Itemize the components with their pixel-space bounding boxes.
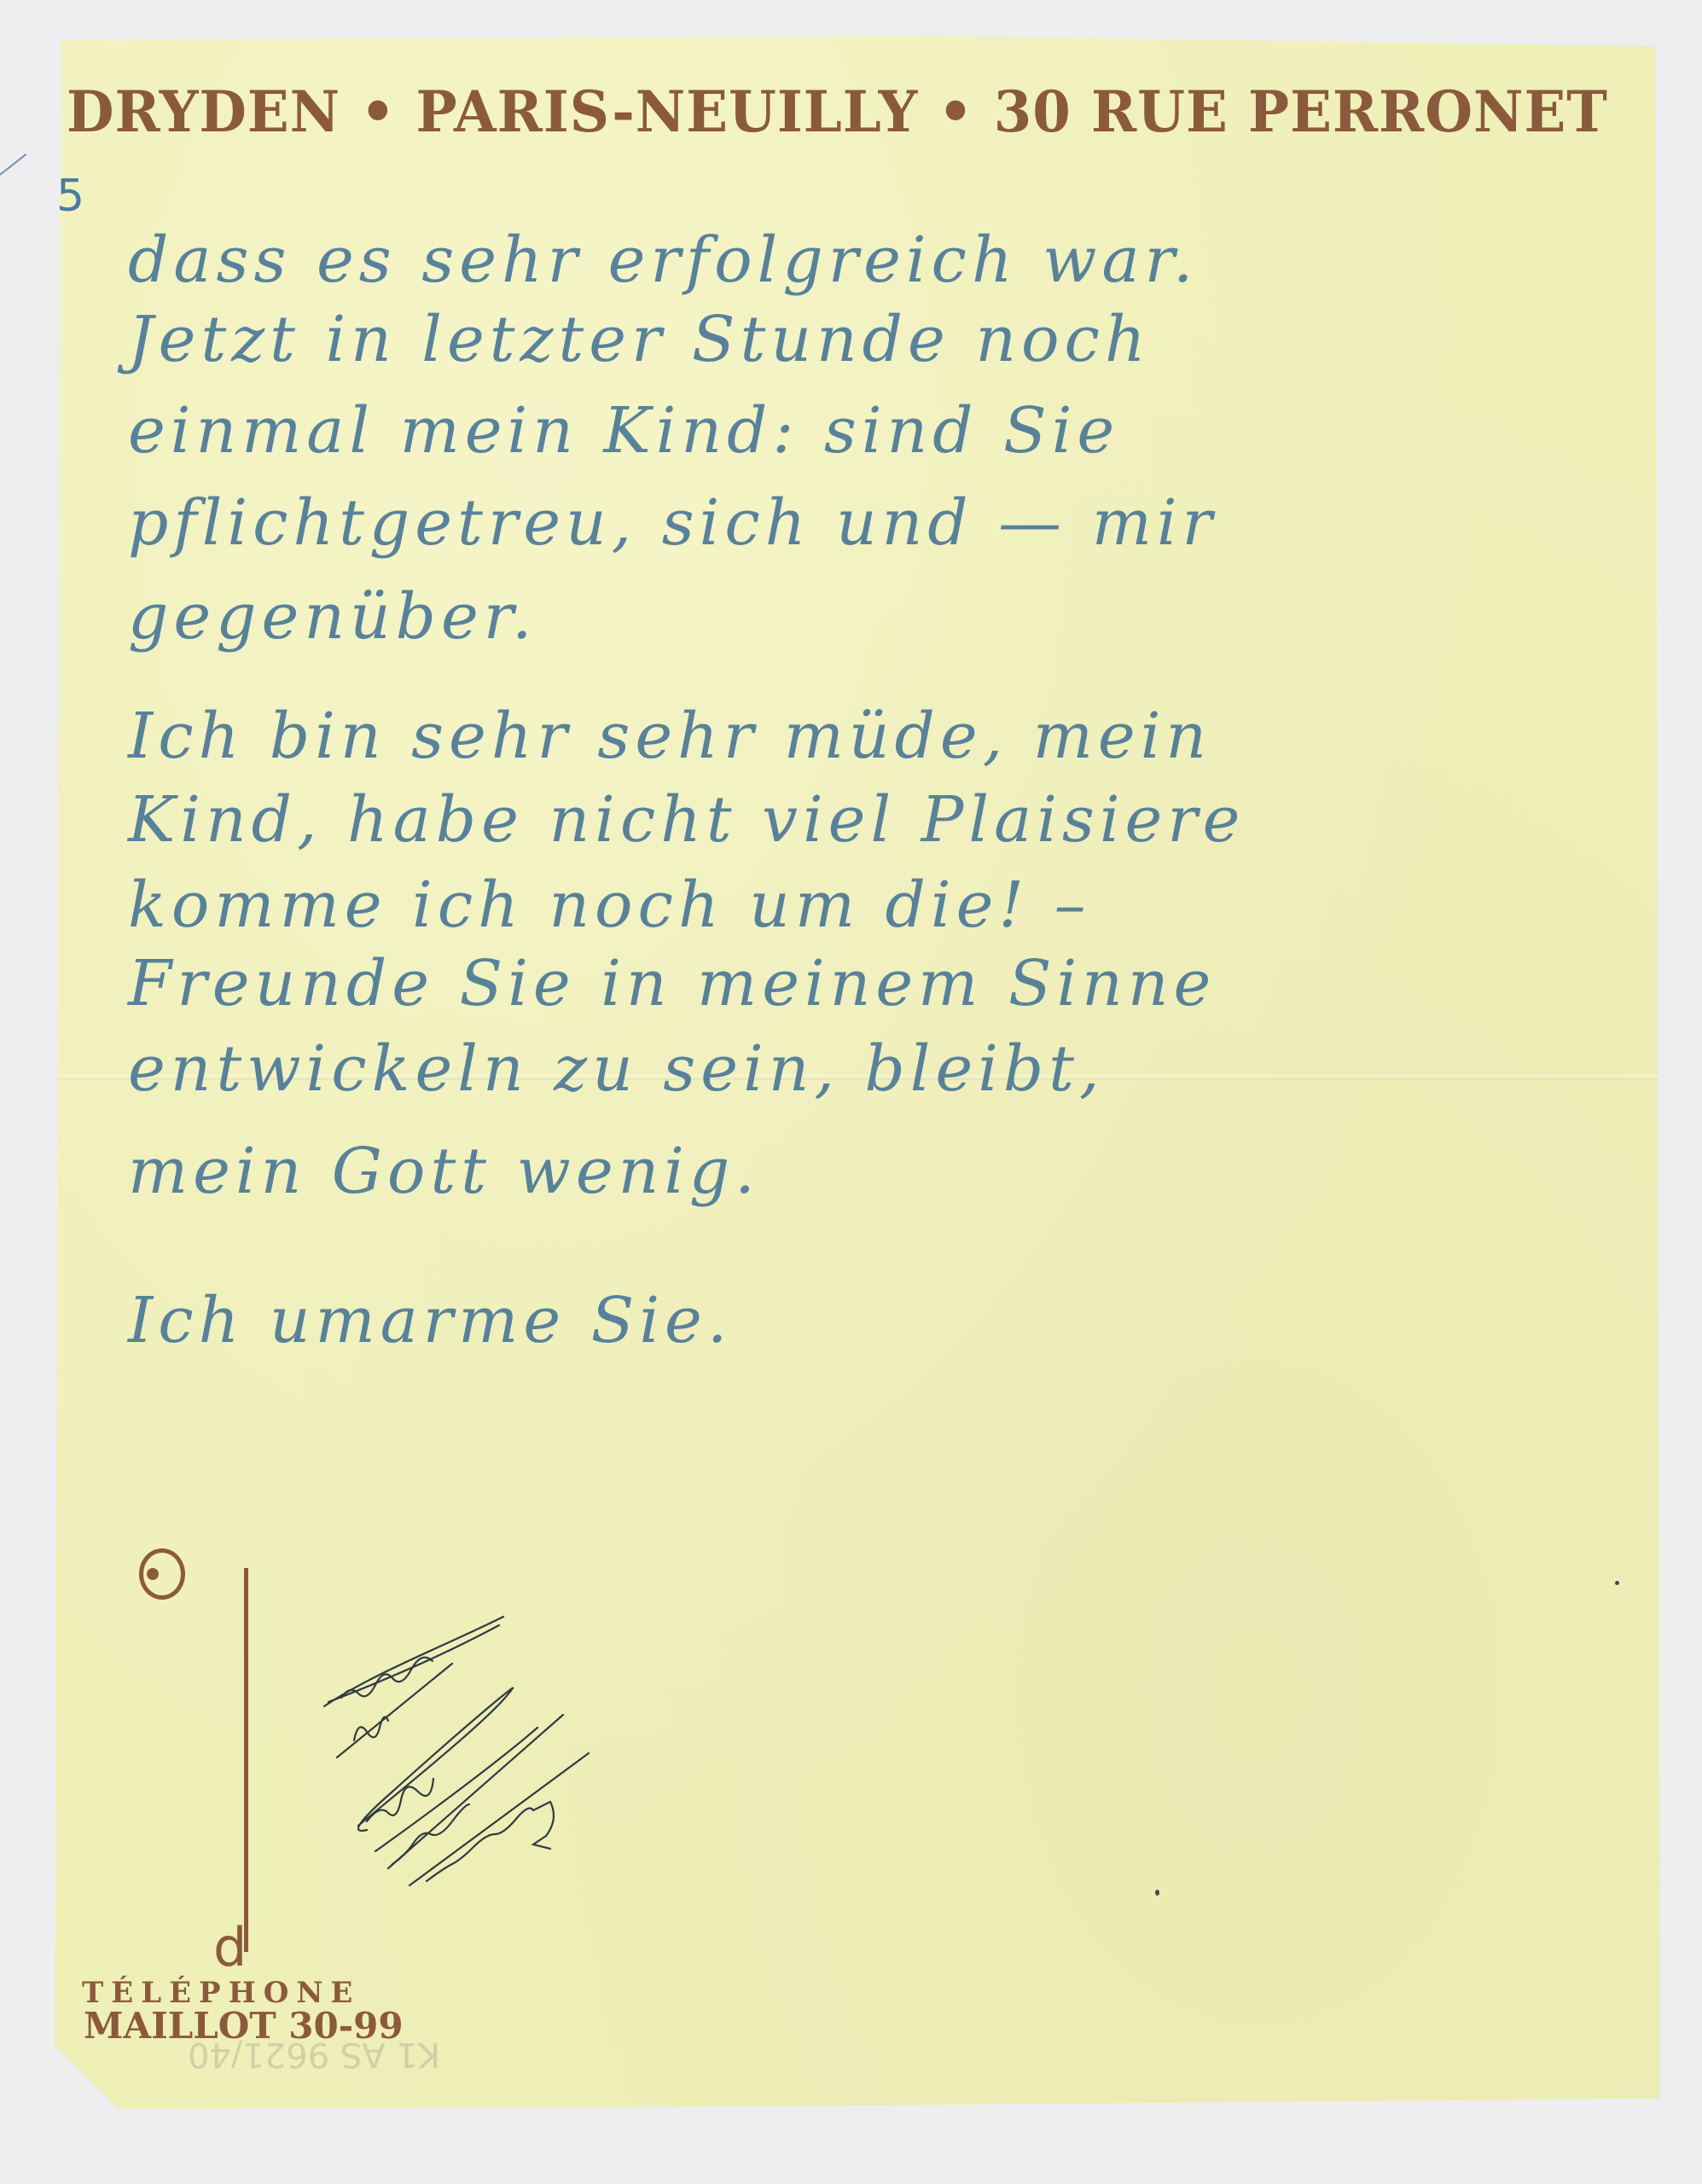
body-line-2: Jetzt in letzter Stunde noch <box>128 303 1151 376</box>
body-line-1: dass es sehr erfolgreich war. <box>128 224 1198 297</box>
body-line-7: Kind, habe nicht viel Plaisiere <box>128 783 1245 857</box>
body-line-10: entwickeln zu sein, bleibt, <box>128 1032 1105 1106</box>
letterhead: DRYDEN • PARIS-NEUILLY • 30 RUE PERRONET <box>67 78 1608 145</box>
ink-speck <box>1155 1890 1159 1896</box>
letterhead-logo-stem <box>244 1568 248 1952</box>
body-line-6: Ich bin sehr sehr müde, mein <box>128 700 1211 773</box>
body-line-8: komme ich noch um die! – <box>128 868 1091 942</box>
body-line-12: Ich umarme Sie. <box>128 1284 732 1357</box>
body-line-5: gegenüber. <box>128 580 537 653</box>
signatures-cluster <box>307 1612 631 1902</box>
page-number: 5 <box>56 171 84 222</box>
letterhead-logo-dot <box>147 1568 159 1580</box>
body-line-9: Freunde Sie in meinem Sinne <box>128 947 1216 1020</box>
body-line-3: einmal mein Kind: sind Sie <box>128 394 1119 468</box>
body-line-11: mein Gott wenig. <box>128 1135 760 1208</box>
ink-speck <box>1615 1581 1619 1585</box>
page-number-slash <box>0 154 26 260</box>
archive-mark: K1 AS 9621/40 <box>188 2035 440 2074</box>
letterhead-logo-d: d <box>213 1921 247 1974</box>
body-line-4: pflichtgetreu, sich und — mir <box>128 486 1217 560</box>
